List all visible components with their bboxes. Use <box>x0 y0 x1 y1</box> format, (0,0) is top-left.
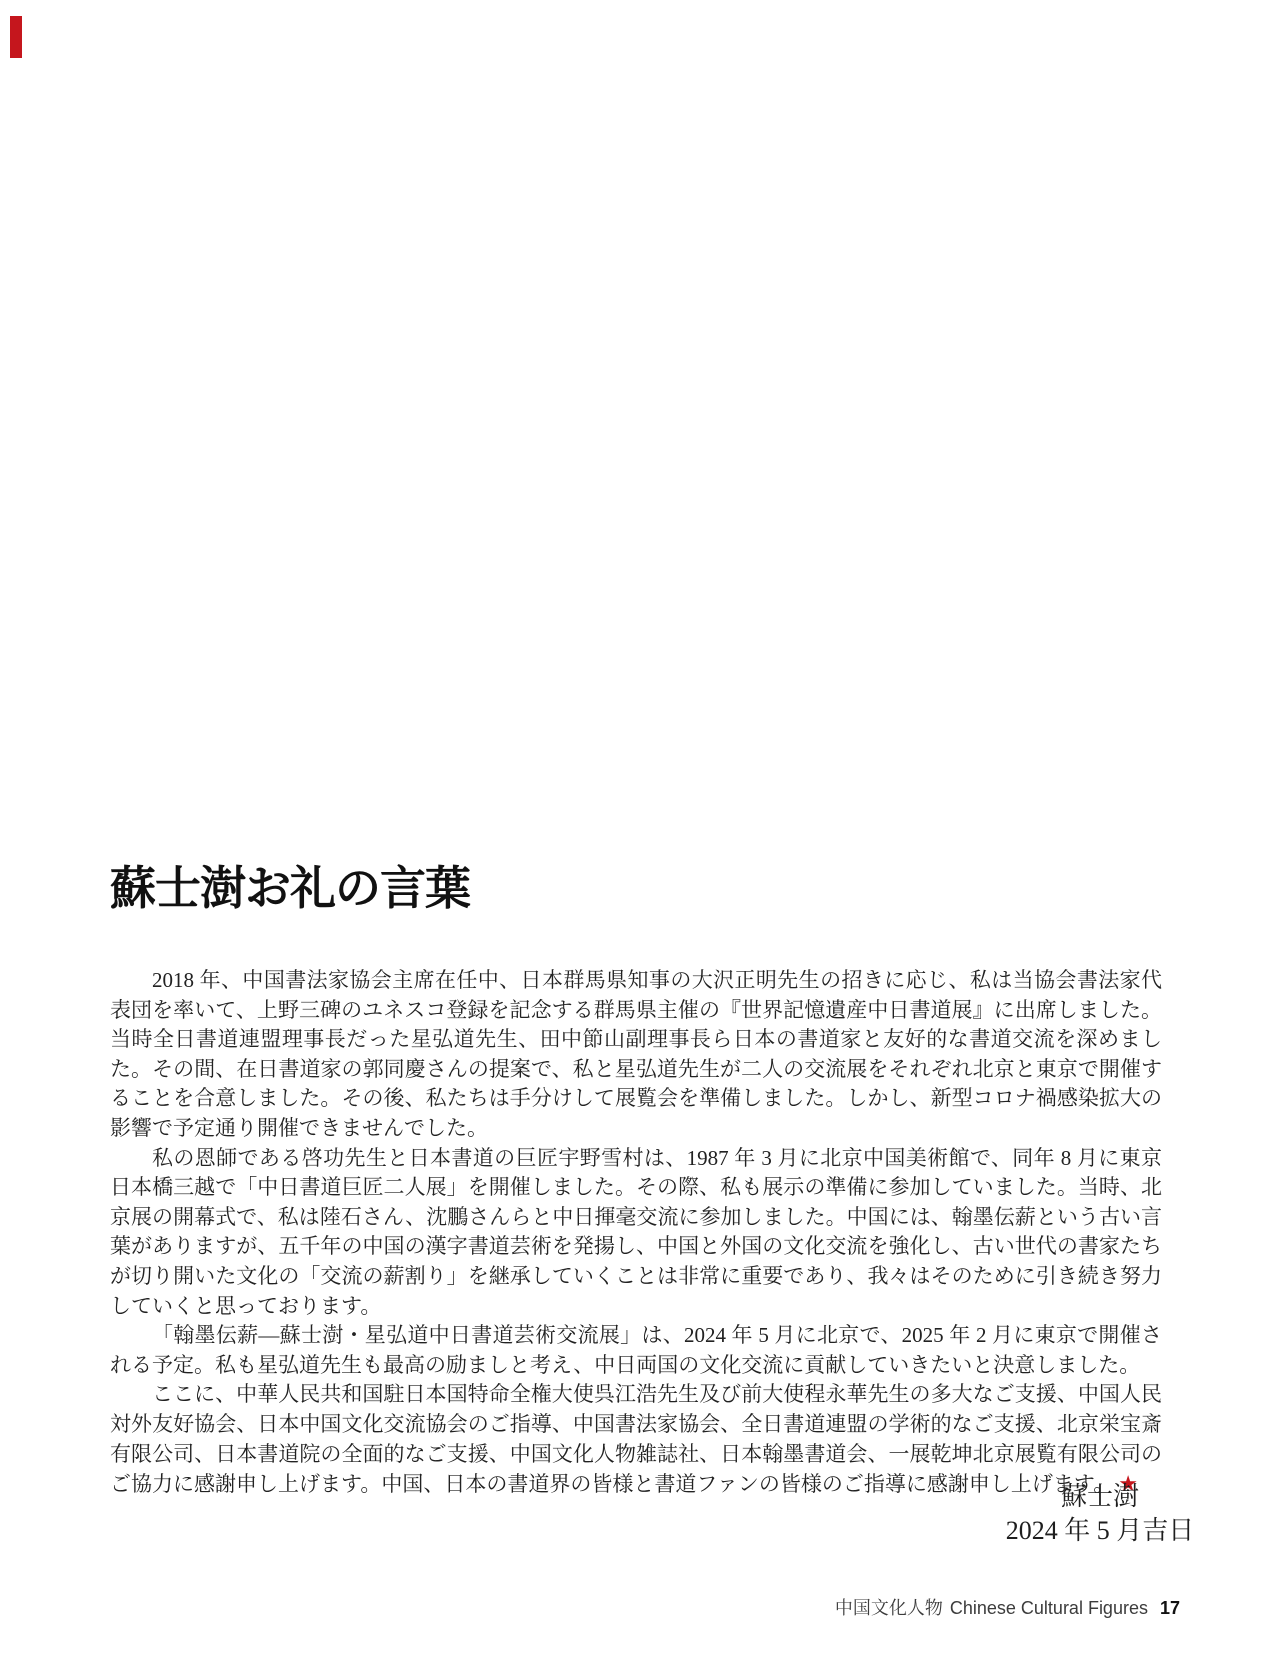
article-body: 2018 年、中国書法家協会主席在任中、日本群馬県知事の大沢正明先生の招きに応じ… <box>110 966 1162 1500</box>
signature-name: 蘇士澍 <box>900 1480 1270 1514</box>
footer-page-number: 17 <box>1160 1598 1180 1619</box>
signature-block: 蘇士澍 2024 年 5 月吉日 <box>900 1480 1270 1548</box>
paragraph-1: 2018 年、中国書法家協会主席在任中、日本群馬県知事の大沢正明先生の招きに応じ… <box>110 966 1162 1144</box>
signature-date: 2024 年 5 月吉日 <box>900 1514 1270 1548</box>
paragraph-3: 「翰墨伝薪—蘇士澍・星弘道中日書道芸術交流展」は、2024 年 5 月に北京で、… <box>110 1321 1162 1380</box>
footer-magazine-name-cjk: 中国文化人物 <box>835 1594 943 1620</box>
paragraph-2: 私の恩師である啓功先生と日本書道の巨匠宇野雪村は、1987 年 3 月に北京中国… <box>110 1144 1162 1322</box>
red-corner-tab <box>10 16 22 58</box>
page-footer: 中国文化人物 Chinese Cultural Figures 17 <box>835 1594 1180 1620</box>
magazine-page: 蘇士澍お礼の言葉 2018 年、中国書法家協会主席在任中、日本群馬県知事の大沢正… <box>0 0 1270 1654</box>
article-title: 蘇士澍お礼の言葉 <box>110 852 470 918</box>
footer-magazine-name-en: Chinese Cultural Figures <box>950 1598 1148 1619</box>
